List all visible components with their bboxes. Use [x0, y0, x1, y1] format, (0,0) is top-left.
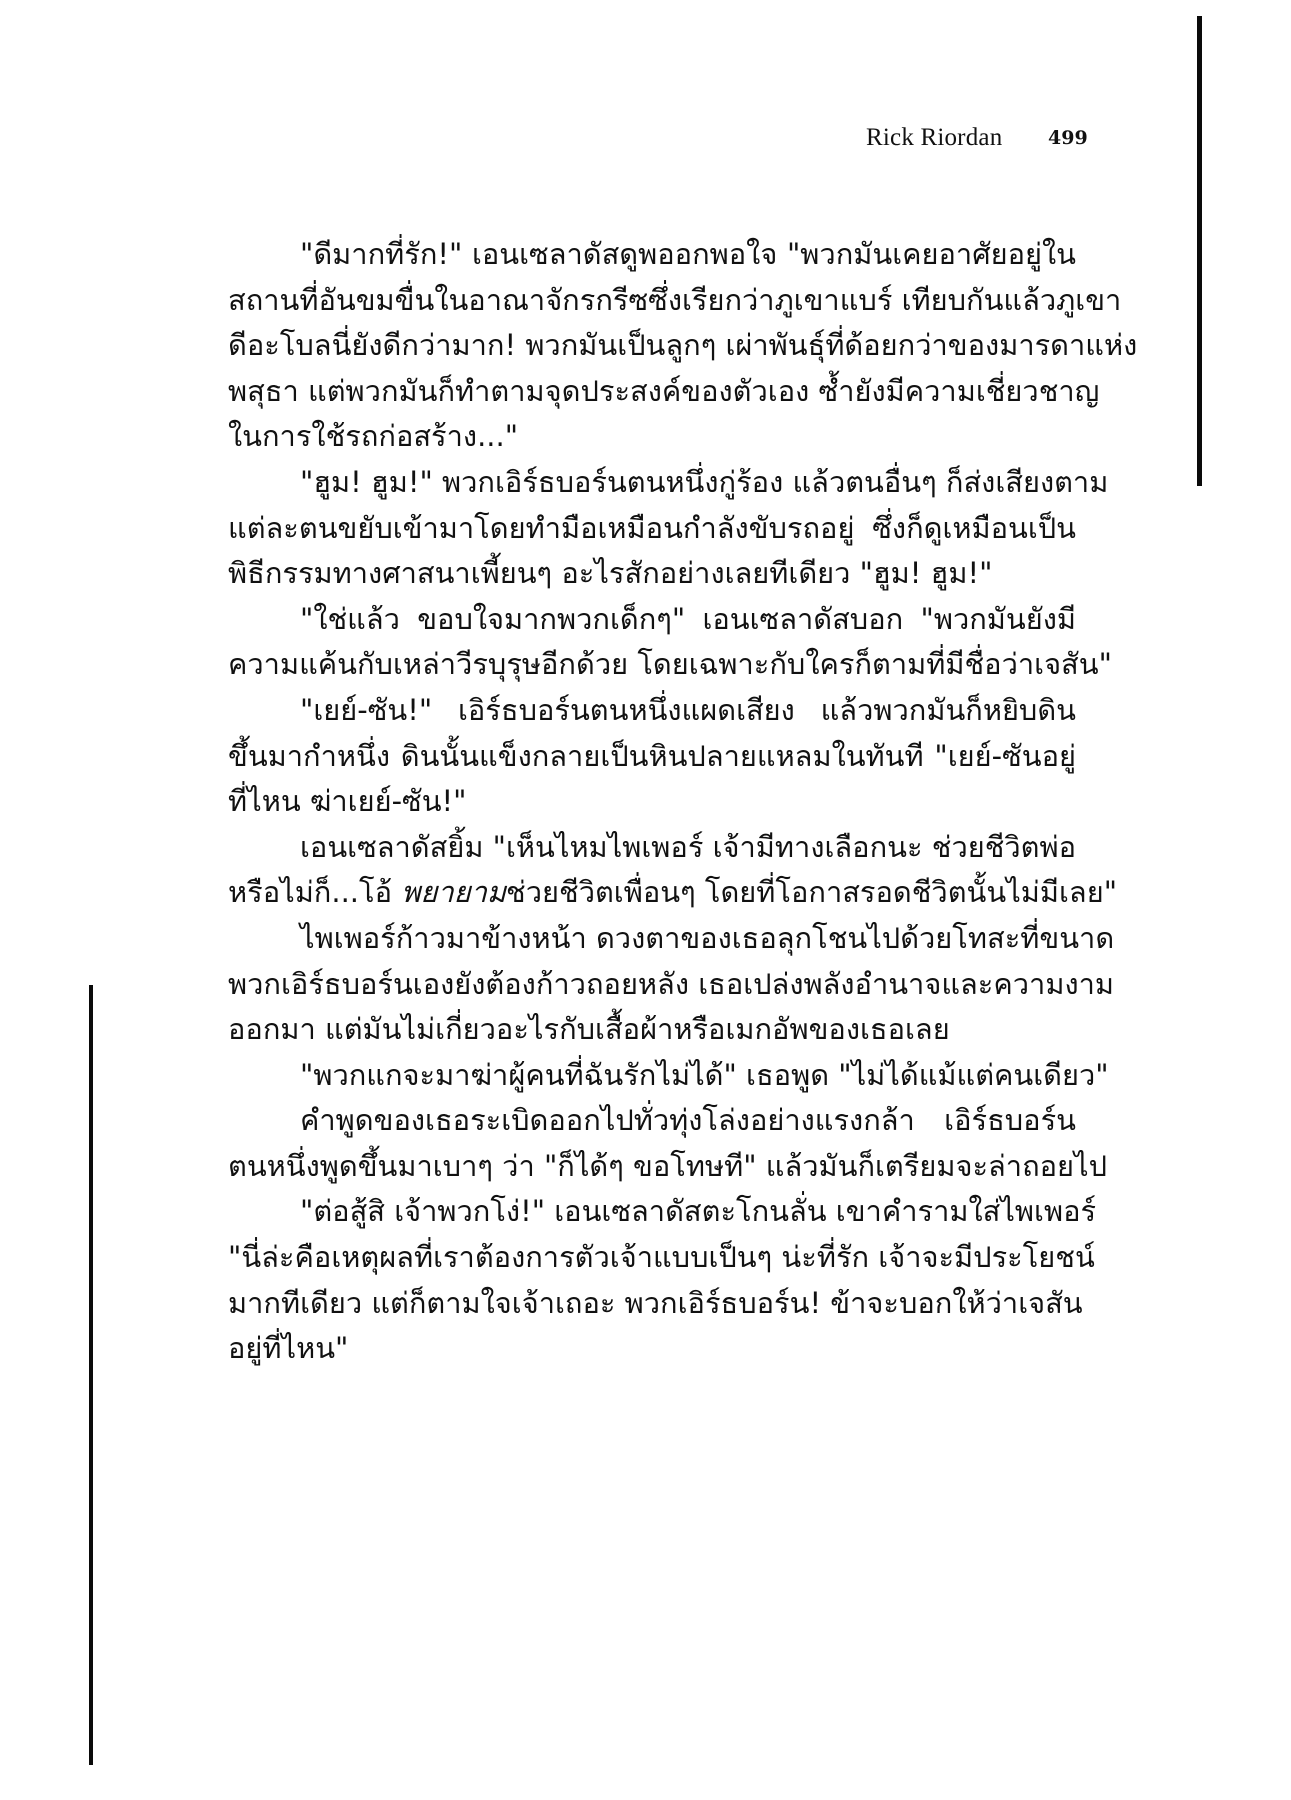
text-line: พวกเอิร์ธบอร์นเองยังต้องก้าวถอยหลัง เธอเ… — [228, 962, 1076, 1008]
text-line: "ฮูม! ฮูม!" พวกเอิร์ธบอร์นตนหนึ่งกู่ร้อง… — [228, 460, 1076, 506]
text-line: ดีอะโบลนี่ยังดีกว่ามาก! พวกมันเป็นลูกๆ เ… — [228, 323, 1076, 369]
text-line: "พวกแกจะมาฆ่าผู้คนที่ฉันรักไม่ได้" เธอพู… — [228, 1053, 1076, 1099]
text-line: ที่ไหน ฆ่าเยย์-ซัน!" — [228, 779, 1076, 825]
text-line: หรือไม่ก็...โอ้ พยายามช่วยชีวิตเพื่อนๆ โ… — [228, 870, 1076, 916]
text-line: "ดีมากที่รัก!" เอนเซลาดัสดูพออกพอใจ "พวก… — [228, 232, 1076, 278]
text-segment: หรือไม่ก็...โอ้ — [228, 875, 401, 909]
text-line: ไพเพอร์ก้าวมาข้างหน้า ดวงตาของเธอลุกโชนไ… — [228, 916, 1076, 962]
text-line: พสุธา แต่พวกมันก็ทำตามจุดประสงค์ของตัวเอ… — [228, 369, 1076, 415]
text-line: ในการใช้รถก่อสร้าง..." — [228, 414, 1076, 460]
text-line: "เยย์-ซัน!" เอิร์ธบอร์นตนหนึ่งแผดเสียง แ… — [228, 688, 1076, 734]
text-line: คำพูดของเธอระเบิดออกไปทั่วทุ่งโล่งอย่างแ… — [228, 1098, 1076, 1144]
running-title: Rick Riordan — [866, 124, 1002, 152]
book-page: Rick Riordan 499 "ดีมากที่รัก!" เอนเซลาด… — [0, 0, 1291, 1800]
text-line: สถานที่อันขมขื่นในอาณาจักรกรีซซึ่งเรียกว… — [228, 278, 1076, 324]
text-line: ตนหนึ่งพูดขึ้นมาเบาๆ ว่า "ก็ได้ๆ ขอโทษที… — [228, 1144, 1076, 1190]
page-number: 499 — [1048, 127, 1088, 149]
text-line: "นี่ล่ะคือเหตุผลที่เราต้องการตัวเจ้าแบบเ… — [228, 1235, 1076, 1281]
text-line: อยู่ที่ไหน" — [228, 1326, 1076, 1372]
text-line: ออกมา แต่มันไม่เกี่ยวอะไรกับเสื้อผ้าหรือ… — [228, 1007, 1076, 1053]
page-edge-bar-left — [89, 985, 93, 1765]
text-line: "ใช่แล้ว ขอบใจมากพวกเด็กๆ" เอนเซลาดัสบอก… — [228, 597, 1076, 643]
text-line: พิธีกรรมทางศาสนาเพี้ยนๆ อะไรสักอย่างเลยท… — [228, 551, 1076, 597]
text-line: เอนเซลาดัสยิ้ม "เห็นไหมไพเพอร์ เจ้ามีทาง… — [228, 825, 1076, 871]
body-text: "ดีมากที่รัก!" เอนเซลาดัสดูพออกพอใจ "พวก… — [228, 232, 1076, 1372]
text-line: "ต่อสู้สิ เจ้าพวกโง่!" เอนเซลาดัสตะโกนลั… — [228, 1189, 1076, 1235]
running-header: Rick Riordan 499 — [860, 124, 1080, 156]
italic-emphasis: พยายาม — [401, 875, 506, 909]
text-line: มากทีเดียว แต่ก็ตามใจเจ้าเถอะ พวกเอิร์ธบ… — [228, 1281, 1076, 1327]
text-line: ขึ้นมากำหนึ่ง ดินนั้นแข็งกลายเป็นหินปลาย… — [228, 734, 1076, 780]
text-segment: ช่วยชีวิตเพื่อนๆ โดยที่โอกาสรอดชีวิตนั้น… — [506, 875, 1117, 909]
page-edge-bar-right — [1197, 16, 1202, 486]
text-line: ความแค้นกับเหล่าวีรบุรุษอีกด้วย โดยเฉพาะ… — [228, 642, 1076, 688]
text-line: แต่ละตนขยับเข้ามาโดยทำมือเหมือนกำลังขับร… — [228, 506, 1076, 552]
